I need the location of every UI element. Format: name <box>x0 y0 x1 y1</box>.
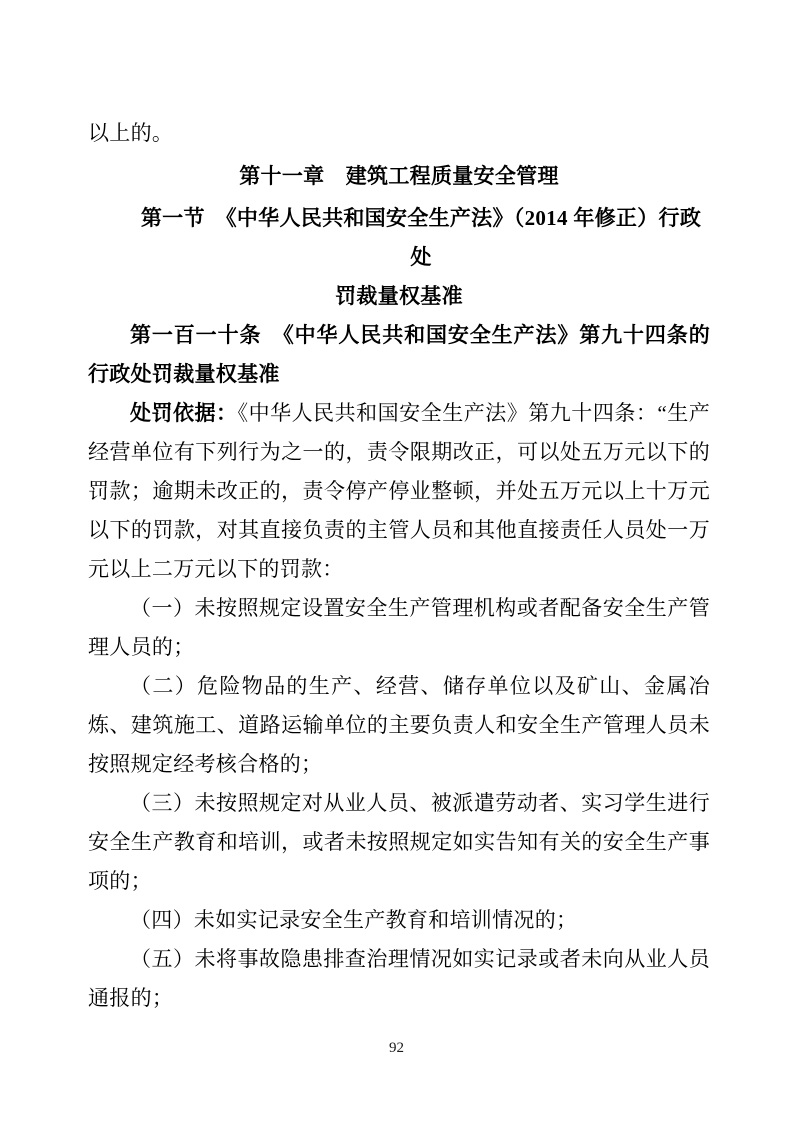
page-number: 92 <box>0 1038 793 1058</box>
section-heading-line-1: 第一节 《中华人民共和国安全生产法》（2014 年修正）行政处 <box>88 199 710 277</box>
document-page: 以上的。 第十一章 建筑工程质量安全管理 第一节 《中华人民共和国安全生产法》（… <box>0 0 793 1122</box>
penalty-basis-paragraph: 处罚依据：《中华人民共和国安全生产法》第九十四条：“生产经营单位有下列行为之一的… <box>88 394 710 589</box>
list-item-3: （三）未按照规定对从业人员、被派遣劳动者、实习学生进行安全生产教育和培训，或者未… <box>88 784 710 901</box>
section-heading-line-2: 罚裁量权基准 <box>88 277 710 316</box>
list-item-4: （四）未如实记录安全生产教育和培训情况的； <box>88 901 710 940</box>
article-heading: 第一百一十条 《中华人民共和国安全生产法》第九十四条的行政处罚裁量权基准 <box>88 316 710 394</box>
penalty-basis-label: 处罚依据： <box>130 401 238 425</box>
chapter-heading: 第十一章 建筑工程质量安全管理 <box>88 157 710 196</box>
list-item-1: （一）未按照规定设置安全生产管理机构或者配备安全生产管理人员的； <box>88 589 710 667</box>
list-item-5: （五）未将事故隐患排查治理情况如实记录或者未向从业人员通报的； <box>88 940 710 1018</box>
list-item-2: （二）危险物品的生产、经营、储存单位以及矿山、金属冶炼、建筑施工、道路运输单位的… <box>88 667 710 784</box>
paragraph-continuation: 以上的。 <box>88 114 710 153</box>
penalty-basis-text: 《中华人民共和国安全生产法》第九十四条：“生产经营单位有下列行为之一的，责令限期… <box>88 401 710 581</box>
document-content: 以上的。 第十一章 建筑工程质量安全管理 第一节 《中华人民共和国安全生产法》（… <box>88 114 710 1018</box>
